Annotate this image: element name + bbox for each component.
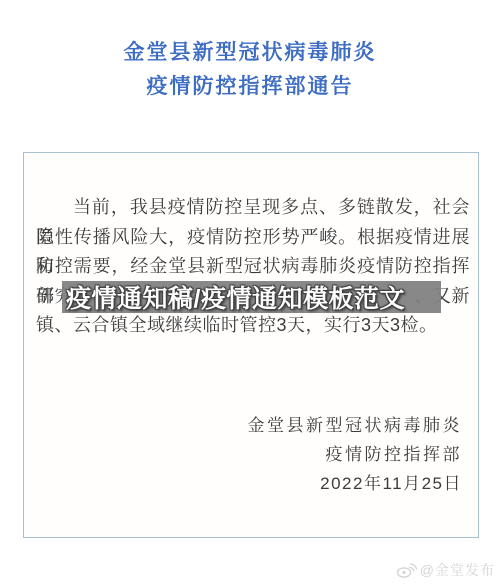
notice-line-1: 当前，我县疫情防控呈现多点、多链散发，社会隐 — [36, 193, 470, 223]
weibo-logo-icon — [396, 562, 417, 579]
notice-paragraph: 当前，我县疫情防控呈现多点、多链散发，社会隐 匿性传播风险大，疫情防控形势严峻。… — [36, 193, 470, 341]
watermark: @金堂发布 — [396, 560, 495, 580]
page-title-line2: 疫情防控指挥部通告 — [0, 70, 500, 104]
overlay-caption-text: 疫情通知稿/疫情通知模板范文 — [66, 279, 405, 315]
notice-line-5: 镇、云合镇全域继续临时管控3天，实行3天3检。 — [36, 311, 470, 341]
signature-date: 2022年11月25日 — [248, 469, 463, 498]
page-title-line1: 金堂县新型冠状病毒肺炎 — [0, 36, 500, 70]
watermark-text: @金堂发布 — [420, 560, 495, 580]
notice-line-2: 匿性传播风险大，疫情防控形势严峻。根据疫情进展和 — [36, 223, 470, 253]
notice-line-3: 防控需要，经金堂县新型冠状病毒肺炎疫情防控指挥部 — [36, 252, 470, 282]
signature-org-line1: 金堂县新型冠状病毒肺炎 — [248, 411, 463, 440]
notice-box: 当前，我县疫情防控呈现多点、多链散发，社会隐 匿性传播风险大，疫情防控形势严峻。… — [23, 152, 479, 538]
notice-image: 金堂县新型冠状病毒肺炎 疫情防控指挥部通告 当前，我县疫情防控呈现多点、多链散发… — [0, 0, 500, 588]
page-title: 金堂县新型冠状病毒肺炎 疫情防控指挥部通告 — [0, 36, 500, 104]
overlay-caption-banner: 疫情通知稿/疫情通知模板范文 — [62, 281, 441, 313]
signature-block: 金堂县新型冠状病毒肺炎 疫情防控指挥部 2022年11月25日 — [248, 411, 463, 498]
signature-org-line2: 疫情防控指挥部 — [248, 440, 463, 469]
